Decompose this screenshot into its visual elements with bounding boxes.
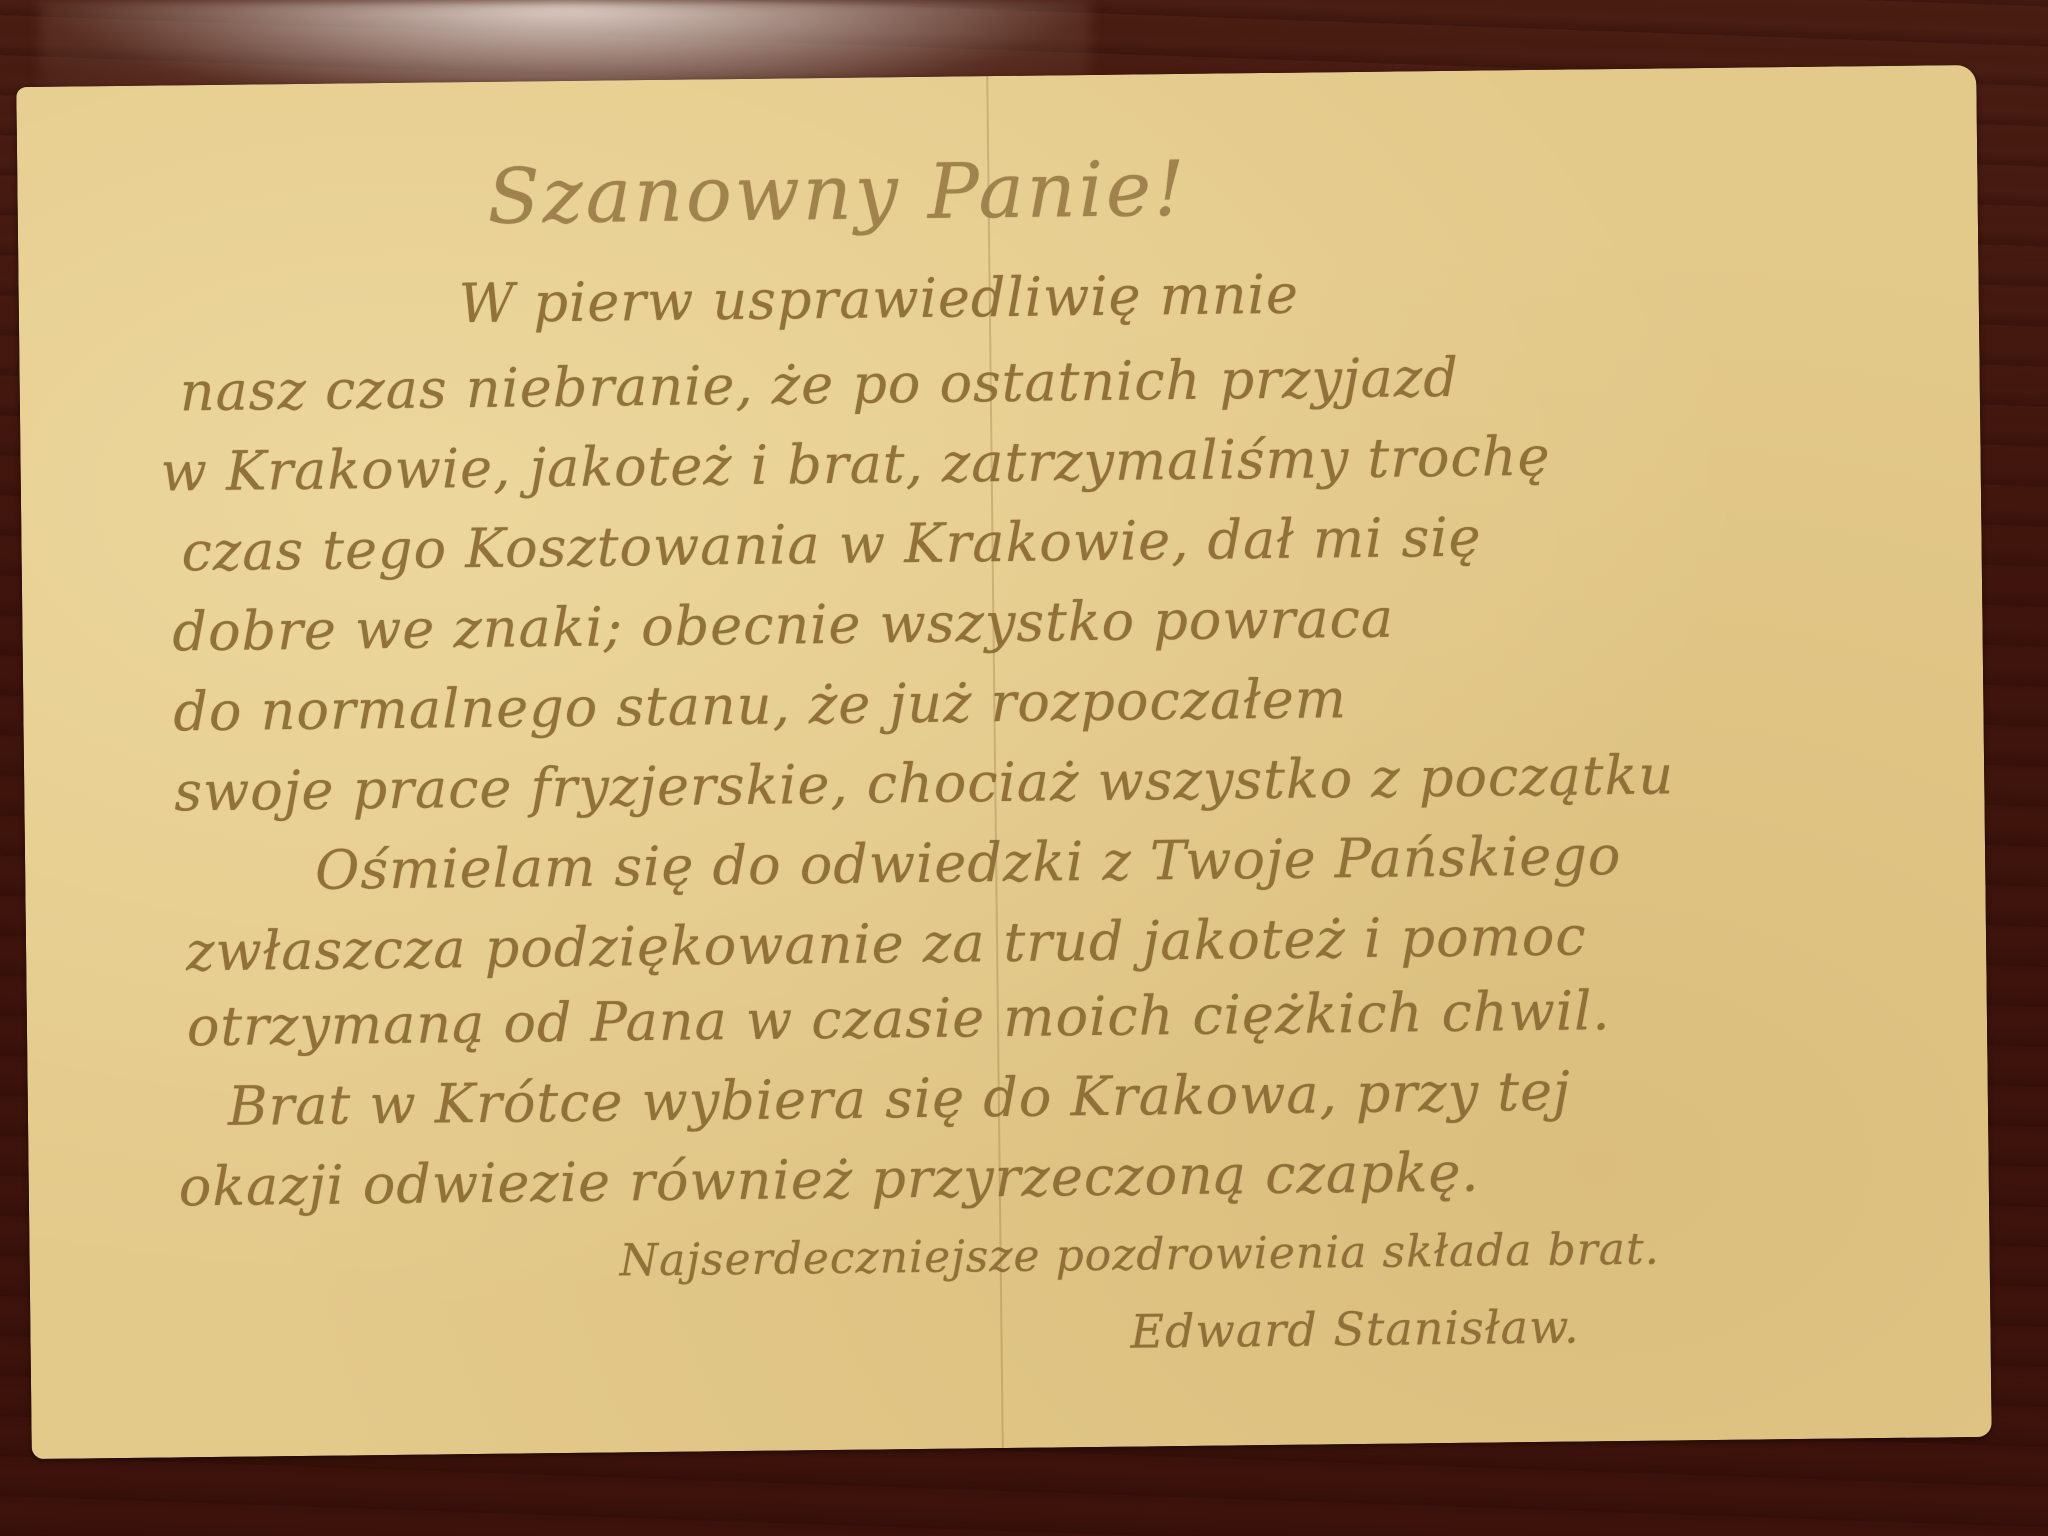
letter-line: otrzymaną od Pana w czasie moich ciężkic… [187,979,1611,1058]
letter-line: dobre we znaki; obecnie wszystko powraca [172,587,1394,664]
salutation: Szanowny Panie! [487,144,1188,241]
letter-line: Ośmielam się do odwiedzki z Twoje Pański… [315,824,1622,902]
letter-line: w Krakowie, jakoteż i brat, zatrzymaliśm… [160,425,1551,504]
letter-line: zwłaszcza podziękowanie za trud jakoteż … [186,904,1587,983]
closing-line: Najserdeczniejsze pozdrowienia składa br… [619,1224,1660,1287]
letter-line: Brat w Krótce wybiera się do Krakowa, pr… [227,1060,1571,1138]
postcard: Szanowny Panie! W pierw usprawiedliwię m… [16,65,1991,1459]
letter-line: okazji odwiezie również przyrzeczoną cza… [178,1141,1479,1219]
letter-line: swoje prace fryzjerskie, chociaż wszystk… [174,743,1674,823]
letter-line: do normalnego stanu, że już rozpoczałem [173,667,1347,743]
letter-line: nasz czas niebranie, że po ostatnich prz… [179,346,1459,424]
letter-line: czas tego Kosztowania w Krakowie, dał mi… [181,506,1482,584]
signature: Edward Stanisław. [1130,1300,1580,1359]
letter-line: W pierw usprawiedliwię mnie [458,263,1299,336]
